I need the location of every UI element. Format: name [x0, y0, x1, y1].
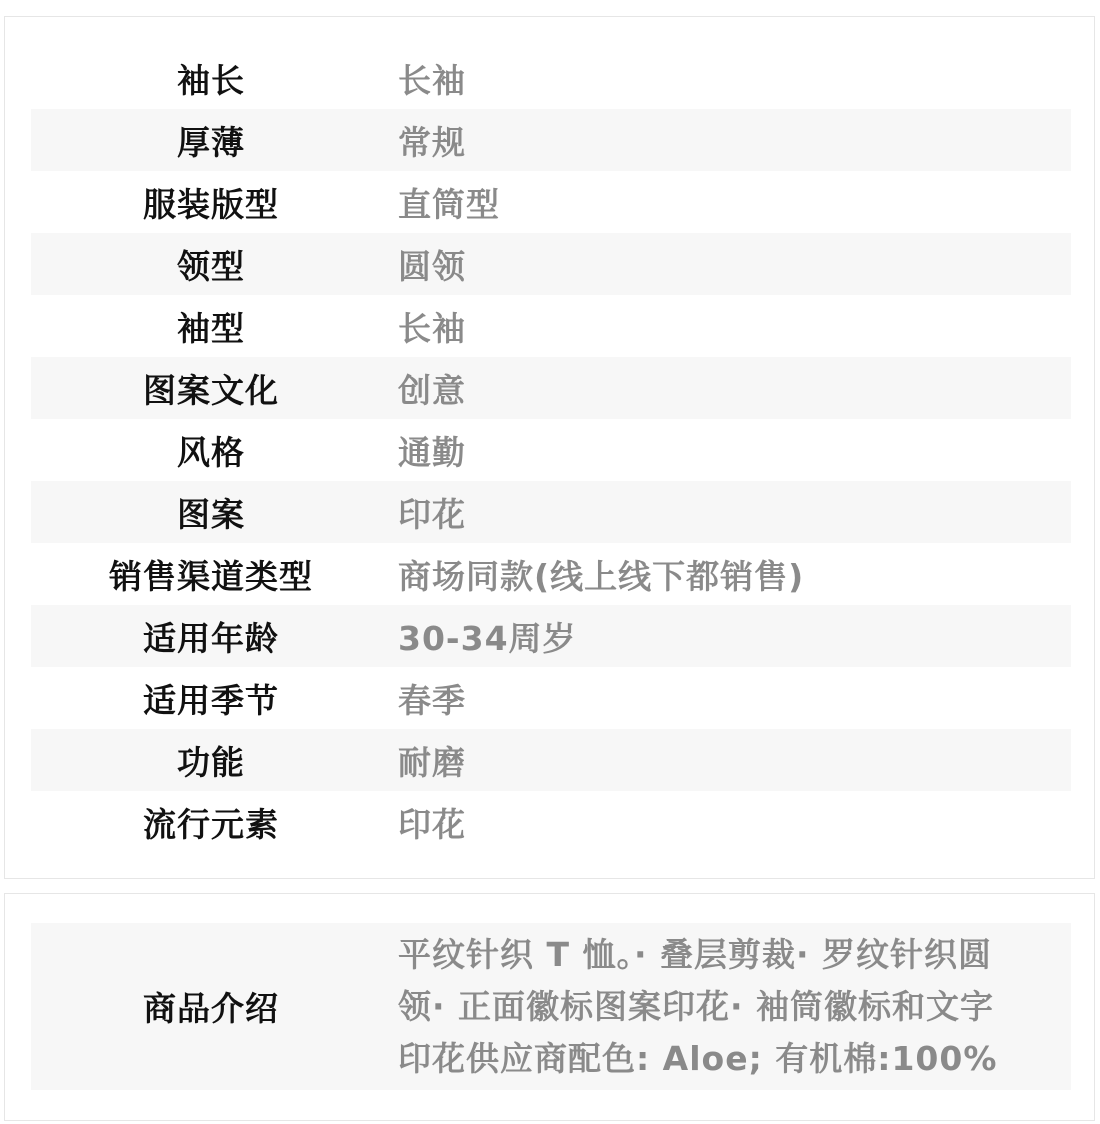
- spec-row-pattern-culture: 图案文化 创意: [31, 357, 1071, 419]
- spec-row-trend-element: 流行元素 印花: [31, 791, 1071, 853]
- spec-row-sales-channel: 销售渠道类型 商场同款(线上线下都销售): [31, 543, 1071, 605]
- intro-line: 平纹针织 T 恤。· 叠层剪裁· 罗纹针织圆: [398, 929, 1058, 981]
- spec-value: 耐磨: [391, 737, 466, 784]
- spec-row-age: 适用年龄 30-34周岁: [31, 605, 1071, 667]
- spec-value: 印花: [391, 489, 466, 536]
- spec-value: 圆领: [391, 241, 466, 288]
- spec-label: 适用年龄: [31, 613, 391, 660]
- spec-row-sleeve-type: 袖型 长袖: [31, 295, 1071, 357]
- spec-label: 风格: [31, 427, 391, 474]
- spec-label: 领型: [31, 241, 391, 288]
- spec-row-season: 适用季节 春季: [31, 667, 1071, 729]
- spec-row-function: 功能 耐磨: [31, 729, 1071, 791]
- intro-line: 印花供应商配色: Aloe; 有机棉:100%: [398, 1033, 1058, 1085]
- spec-label: 销售渠道类型: [31, 551, 391, 598]
- product-intro-row: 商品介绍 平纹针织 T 恤。· 叠层剪裁· 罗纹针织圆 领· 正面徽标图案印花·…: [31, 923, 1071, 1090]
- spec-row-pattern: 图案 印花: [31, 481, 1071, 543]
- intro-line: 领· 正面徽标图案印花· 袖筒徽标和文字: [398, 981, 1058, 1033]
- spec-label: 厚薄: [31, 117, 391, 164]
- spec-label: 流行元素: [31, 799, 391, 846]
- product-intro-card: 商品介绍 平纹针织 T 恤。· 叠层剪裁· 罗纹针织圆 领· 正面徽标图案印花·…: [4, 893, 1095, 1121]
- specs-table: 袖长 长袖 厚薄 常规 服装版型 直筒型 领型 圆领 袖型 长袖 图案文化 创意…: [31, 47, 1071, 853]
- product-intro-label: 商品介绍: [31, 983, 391, 1030]
- spec-value: 印花: [391, 799, 466, 846]
- spec-value: 创意: [391, 365, 466, 412]
- spec-value: 常规: [391, 117, 466, 164]
- spec-value: 商场同款(线上线下都销售): [391, 551, 804, 598]
- spec-row-fit: 服装版型 直筒型: [31, 171, 1071, 233]
- spec-value: 长袖: [391, 55, 466, 102]
- spec-row-collar: 领型 圆领: [31, 233, 1071, 295]
- spec-label: 图案文化: [31, 365, 391, 412]
- spec-value: 30-34周岁: [391, 613, 577, 660]
- spec-label: 袖长: [31, 55, 391, 102]
- spec-value: 通勤: [391, 427, 466, 474]
- spec-row-sleeve-length: 袖长 长袖: [31, 47, 1071, 109]
- spec-row-style: 风格 通勤: [31, 419, 1071, 481]
- spec-label: 功能: [31, 737, 391, 784]
- spec-label: 袖型: [31, 303, 391, 350]
- spec-label: 图案: [31, 489, 391, 536]
- spec-label: 服装版型: [31, 179, 391, 226]
- product-intro-text: 平纹针织 T 恤。· 叠层剪裁· 罗纹针织圆 领· 正面徽标图案印花· 袖筒徽标…: [391, 929, 1058, 1085]
- spec-value: 长袖: [391, 303, 466, 350]
- spec-value: 春季: [391, 675, 466, 722]
- spec-label: 适用季节: [31, 675, 391, 722]
- specs-card: 袖长 长袖 厚薄 常规 服装版型 直筒型 领型 圆领 袖型 长袖 图案文化 创意…: [4, 16, 1095, 879]
- spec-value: 直筒型: [391, 179, 500, 226]
- spec-row-thickness: 厚薄 常规: [31, 109, 1071, 171]
